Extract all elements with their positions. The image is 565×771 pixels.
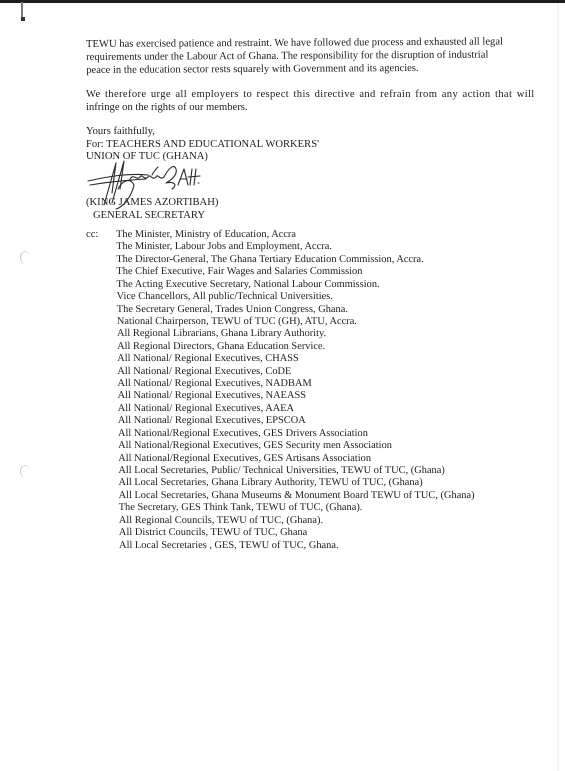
signatory-name: (KING JAMES AZORTIBAH): [86, 197, 218, 210]
cc-recipient: All National/Regional Executives, GES Ar…: [118, 453, 474, 465]
cc-recipient: National Chairperson, TEWU of TUC (GH), …: [117, 316, 473, 328]
punch-hole-mark: [20, 251, 30, 264]
cc-label: cc:: [86, 229, 98, 241]
for-organization-line: For: TEACHERS AND EDUCATIONAL WORKERS': [86, 139, 319, 152]
punch-hole-mark: [20, 465, 30, 478]
cc-recipient: All Local Secretaries , GES, TEWU of TUC…: [119, 540, 475, 552]
paragraph-line: infringe on the rights of our members.: [86, 101, 506, 114]
staple-mark: [21, 2, 23, 19]
scan-right-edge: [557, 3, 559, 771]
cc-recipient: All National/ Regional Executives, NADBA…: [117, 378, 473, 390]
cc-recipient: All Local Secretaries, Ghana Museums & M…: [119, 490, 475, 502]
cc-recipient: All Regional Councils, TEWU of TUC, (Gha…: [119, 515, 475, 527]
cc-recipient: The Director-General, The Ghana Tertiary…: [116, 254, 472, 266]
cc-recipient: All District Councils, TEWU of TUC, Ghan…: [119, 527, 475, 539]
paragraph-line: requirements under the Labour Act of Gha…: [86, 48, 506, 64]
cc-recipient: All Regional Librarians, Ghana Library A…: [117, 328, 473, 340]
cc-recipient: Vice Chancellors, All public/Technical U…: [117, 291, 473, 303]
cc-recipient: All National/Regional Executives, GES Se…: [118, 440, 474, 452]
paragraph-line: We therefore urge all employers to respe…: [86, 88, 506, 101]
cc-recipient: The Secretary, GES Think Tank, TEWU of T…: [119, 502, 475, 514]
cc-recipient: All National/Regional Executives, GES Dr…: [118, 428, 474, 440]
cc-recipient: All Local Secretaries, Public/ Technical…: [118, 465, 474, 477]
cc-recipient: All National/ Regional Executives, EPSCO…: [118, 415, 474, 427]
scan-top-border: [0, 0, 565, 3]
cc-recipient: The Chief Executive, Fair Wages and Sala…: [116, 266, 472, 278]
cc-recipient: All Local Secretaries, Ghana Library Aut…: [118, 477, 474, 489]
body-paragraph-1: TEWU has exercised patience and restrain…: [86, 35, 506, 77]
salutation: Yours faithfully,: [86, 126, 319, 139]
cc-recipient: All National/ Regional Executives, CoDE: [117, 366, 473, 378]
cc-recipient: All Regional Directors, Ghana Education …: [117, 341, 473, 353]
signatory-block: (KING JAMES AZORTIBAH) GENERAL SECRETARY: [86, 197, 218, 222]
cc-recipient: The Minister, Ministry of Education, Acc…: [116, 229, 472, 241]
signatory-title: GENERAL SECRETARY: [86, 210, 218, 223]
cc-recipient-list: The Minister, Ministry of Education, Acc…: [116, 229, 475, 552]
cc-recipient: All National/ Regional Executives, CHASS: [117, 353, 473, 365]
cc-recipient: All National/ Regional Executives, NAEAS…: [118, 390, 474, 402]
cc-recipient: The Secretary General, Trades Union Cong…: [117, 304, 473, 316]
cc-recipient: All National/ Regional Executives, AAEA: [118, 403, 474, 415]
cc-recipient: The Minister, Labour Jobs and Employment…: [116, 241, 472, 253]
body-paragraph-2: We therefore urge all employers to respe…: [86, 88, 506, 114]
paragraph-line: peace in the education sector rests squa…: [86, 61, 506, 77]
cc-recipient: The Acting Executive Secretary, National…: [116, 279, 472, 291]
